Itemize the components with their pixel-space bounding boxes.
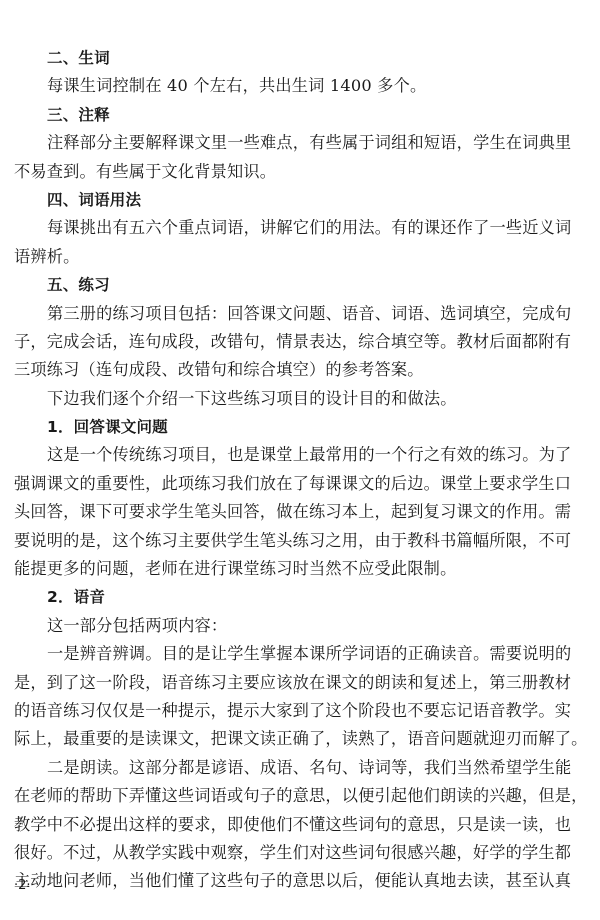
text-line: 这一部分包括两项内容： [14,612,588,640]
text-line: 教学中不必提出这样的要求，即使他们不懂这些词句的意思，只是读一读，也 [14,811,588,839]
text-line: 这是一个传统练习项目，也是课堂上最常用的一个行之有效的练习。为了 [14,441,588,469]
section-heading: 五、练习 [14,271,588,299]
text-line: 语辨析。 [14,243,588,271]
text-line: 每课生词控制在 40 个左右，共出生词 1400 多个。 [14,72,588,100]
text-line: 不易查到。有些属于文化背景知识。 [14,158,588,186]
text-line: 要说明的是，这个练习主要供学生笔头练习之用，由于教科书篇幅所限，不可 [14,527,588,555]
text-line: 是，到了这一阶段，语音练习主要应该放在课文的朗读和复述上，第三册教材 [14,669,588,697]
text-line: 强调课文的重要性，此项练习我们放在了每课课文的后边。课堂上要求学生口 [14,470,588,498]
document-page: 二、生词每课生词控制在 40 个左右，共出生词 1400 多个。三、注释注释部分… [14,44,588,896]
text-line: 下边我们逐个介绍一下这些练习项目的设计目的和做法。 [14,385,588,413]
section-heading: 三、注释 [14,101,588,129]
text-line: 际上，最重要的是读课文，把课文读正确了，读熟了，语音问题就迎刃而解了。 [14,725,588,753]
section-heading: 2．语音 [14,583,588,611]
text-line: 在老师的帮助下弄懂这些词语或句子的意思，以便引起他们朗读的兴趣，但是， [14,782,588,810]
text-line: 第三册的练习项目包括：回答课文问题、语音、词语、选词填空，完成句 [14,300,588,328]
text-line: 每课挑出有五六个重点词语，讲解它们的用法。有的课还作了一些近义词 [14,214,588,242]
text-line: 一是辨音辨调。目的是让学生掌握本课所学词语的正确读音。需要说明的 [14,640,588,668]
text-line: 主动地问老师，当他们懂了这些句子的意思以后，便能认真地去读，甚至认真 [14,867,588,895]
text-line: 三项练习（连句成段、改错句和综合填空）的参考答案。 [14,356,588,384]
section-heading: 1．回答课文问题 [14,413,588,441]
text-line: 能提更多的问题，老师在进行课堂练习时当然不应受此限制。 [14,555,588,583]
section-heading: 二、生词 [14,44,588,72]
text-line: 头回答，课下可要求学生笔头回答，做在练习本上，起到复习课文的作用。需 [14,498,588,526]
text-line: 二是朗读。这部分都是谚语、成语、名句、诗词等，我们当然希望学生能 [14,754,588,782]
text-line: 子，完成会话，连句成段，改错句，情景表达，综合填空等。教材后面都附有 [14,328,588,356]
section-heading: 四、词语用法 [14,186,588,214]
text-line: 很好。不过，从教学实践中观察，学生们对这些词句很感兴趣，好学的学生都 [14,839,588,867]
page-number: ·2· [14,878,31,893]
text-line: 的语音练习仅仅是一种提示，提示大家到了这个阶段也不要忘记语音教学。实 [14,697,588,725]
text-line: 注释部分主要解释课文里一些难点，有些属于词组和短语，学生在词典里 [14,129,588,157]
